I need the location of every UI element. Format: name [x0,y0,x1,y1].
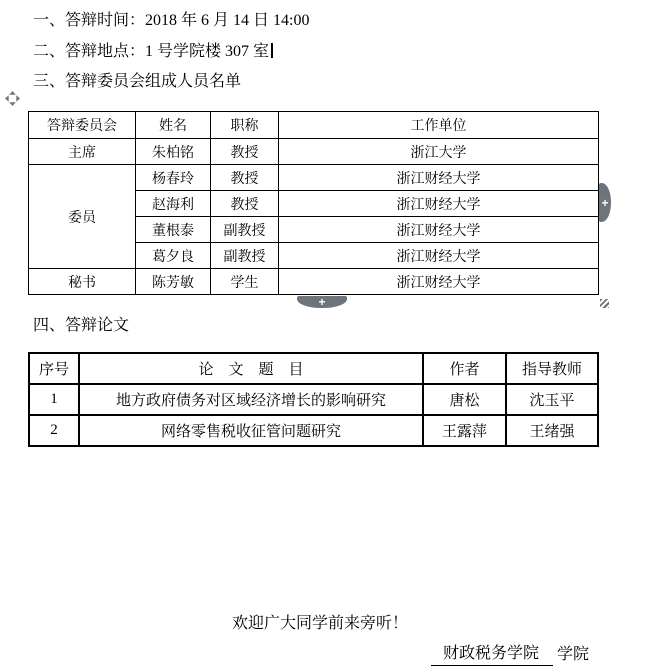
thesis-advisor-cell[interactable]: 王绪强 [506,415,598,446]
table-move-handle[interactable] [5,91,20,106]
plus-icon: + [318,296,325,308]
member-title-cell[interactable]: 学生 [211,269,279,295]
thesis-header-advisor[interactable]: 指导教师 [506,353,598,384]
committee-header-unit[interactable]: 工作单位 [279,112,599,139]
member-name-cell[interactable]: 杨春玲 [136,165,211,191]
table-row: 1 地方政府债务对区域经济增长的影响研究 唐松 沈玉平 [29,384,598,415]
move-icon [5,91,20,106]
insert-row-button[interactable]: + [297,296,347,308]
thesis-table: 序号 论 文 题 目 作者 指导教师 1 地方政府债务对区域经济增长的影响研究 … [28,352,599,447]
committee-header-role[interactable]: 答辩委员会 [29,112,136,139]
member-name-cell[interactable]: 赵海利 [136,191,211,217]
thesis-header-author[interactable]: 作者 [423,353,506,384]
member-unit-cell[interactable]: 浙江财经大学 [279,165,599,191]
signature-line[interactable]: 财政税务学院 学院 [431,640,589,666]
defense-location-text: 二、答辩地点：1 号学院楼 307 室 [33,43,269,60]
paragraph-theses-heading[interactable]: 四、答辩论文 [33,317,129,335]
signature-suffix: 学院 [557,641,589,666]
role-secretary-cell[interactable]: 秘书 [29,269,136,295]
paragraph-defense-time[interactable]: 一、答辩时间：2018 年 6 月 14 日 14:00 [33,12,309,30]
member-unit-cell[interactable]: 浙江财经大学 [279,269,599,295]
committee-table: 答辩委员会 姓名 职称 工作单位 主席 朱柏铭 教授 浙江大学 委员 杨春玲 教… [28,111,599,295]
member-name-cell[interactable]: 葛夕良 [136,243,211,269]
member-name-cell[interactable]: 董根泰 [136,217,211,243]
thesis-header-title[interactable]: 论 文 题 目 [79,353,423,384]
committee-header-title[interactable]: 职称 [211,112,279,139]
paragraph-defense-location[interactable]: 二、答辩地点：1 号学院楼 307 室 [33,43,273,61]
table-row: 秘书 陈芳敏 学生 浙江财经大学 [29,269,599,295]
thesis-title-cell[interactable]: 网络零售税收征管问题研究 [79,415,423,446]
text-caret [271,43,273,58]
member-title-cell[interactable]: 教授 [211,191,279,217]
document-page: 一、答辩时间：2018 年 6 月 14 日 14:00 二、答辩地点：1 号学… [0,0,672,671]
role-member-cell[interactable]: 委员 [29,165,136,269]
member-unit-cell[interactable]: 浙江财经大学 [279,217,599,243]
member-title-cell[interactable]: 副教授 [211,217,279,243]
plus-icon: + [601,197,608,209]
table-row: 主席 朱柏铭 教授 浙江大学 [29,139,599,165]
welcome-line[interactable]: 欢迎广大同学前来旁听！ [232,610,408,633]
member-unit-cell[interactable]: 浙江大学 [279,139,599,165]
member-title-cell[interactable]: 副教授 [211,243,279,269]
thesis-author-cell[interactable]: 王露萍 [423,415,506,446]
committee-header-name[interactable]: 姓名 [136,112,211,139]
table-row: 答辩委员会 姓名 职称 工作单位 [29,112,599,139]
thesis-no-cell[interactable]: 1 [29,384,79,415]
thesis-author-cell[interactable]: 唐松 [423,384,506,415]
insert-column-button[interactable]: + [599,183,611,222]
table-resize-handle[interactable] [600,299,609,308]
signature-college-blank: 财政税务学院 [431,640,553,666]
paragraph-committee-heading[interactable]: 三、答辩委员会组成人员名单 [33,73,241,91]
member-title-cell[interactable]: 教授 [211,139,279,165]
member-name-cell[interactable]: 陈芳敏 [136,269,211,295]
member-title-cell[interactable]: 教授 [211,165,279,191]
table-row: 序号 论 文 题 目 作者 指导教师 [29,353,598,384]
thesis-header-no[interactable]: 序号 [29,353,79,384]
table-row: 2 网络零售税收征管问题研究 王露萍 王绪强 [29,415,598,446]
role-chair-cell[interactable]: 主席 [29,139,136,165]
thesis-title-cell[interactable]: 地方政府债务对区域经济增长的影响研究 [79,384,423,415]
member-name-cell[interactable]: 朱柏铭 [136,139,211,165]
table-row: 委员 杨春玲 教授 浙江财经大学 [29,165,599,191]
thesis-advisor-cell[interactable]: 沈玉平 [506,384,598,415]
member-unit-cell[interactable]: 浙江财经大学 [279,191,599,217]
thesis-no-cell[interactable]: 2 [29,415,79,446]
member-unit-cell[interactable]: 浙江财经大学 [279,243,599,269]
